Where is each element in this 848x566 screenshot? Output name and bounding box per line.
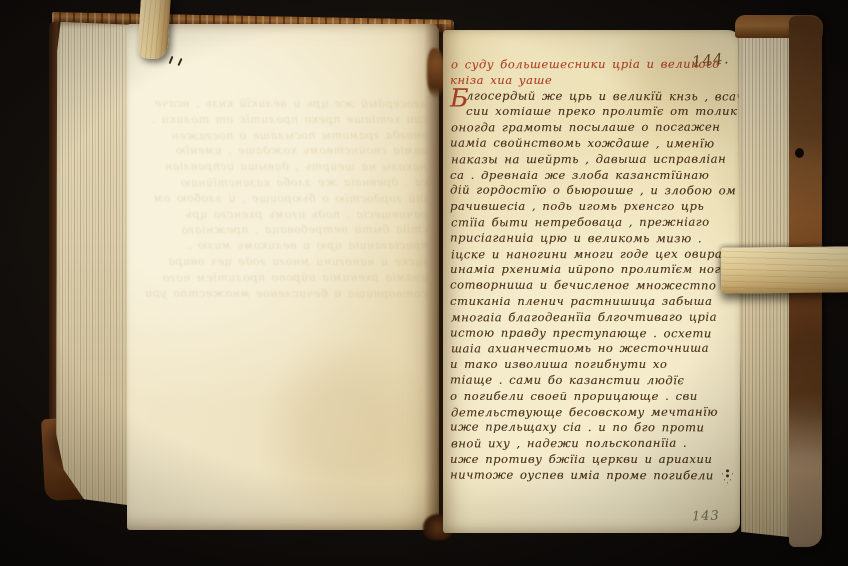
left-fore-edge-pages — [56, 22, 134, 506]
body-line: іцске и наногини многи годе цех овира — [451, 246, 743, 263]
body-line: иже прельщаху сіа . и по бго проти — [450, 420, 742, 437]
body-line-text: ничтоже оуспев иміа проме погибели — [450, 467, 714, 482]
manuscript-text-block: о суду большешесники цріа и великого кні… — [450, 57, 742, 485]
ink-bleedthrough-text: лгосердый же црь и великїй кнзь , всаче … — [152, 96, 428, 301]
body-line: иже противу бжїіа церкви и ариахии — [450, 452, 742, 468]
body-line: о погибели своей прорицающе . сви — [450, 389, 742, 405]
body-line: оногда грамоты посылаше о посгажен — [451, 120, 743, 137]
body-line: детельствующе бесовскому мечтанїю — [451, 404, 743, 421]
body-line: истою правду преступающе . осхети — [450, 325, 742, 342]
wooden-stick-right — [721, 246, 848, 293]
bleed-line: иаміа свойнствомь хождаше , именїю — [152, 143, 428, 159]
bleed-line: наказы на шейрть , давыша исправліан — [151, 159, 427, 176]
body-line: шаіа ахианчестиомь но жесточниша — [451, 341, 743, 358]
bleed-line: іцске и наногини многи годе цех овира — [151, 254, 427, 271]
bleed-line: са . древнаіа же злоба казанстїйнаю — [152, 175, 428, 192]
body-line-text: лгосердый же црь и великїй кнзь , всаче — [466, 88, 752, 103]
body-line: стиканіа пленич растнишица забыша — [450, 294, 742, 310]
body-line: вной иху , надежи польскопанїіа . — [451, 436, 743, 453]
bleed-line: лгосердый же црь и великїй кнзь , всаче — [151, 96, 427, 113]
end-flourish-ornament-icon — [719, 468, 734, 485]
bleed-line: рачившесіа , подь игомь рхенсго црь — [152, 207, 428, 223]
body-line: рачившесіа , подь игомь рхенсго црь — [450, 199, 742, 215]
body-line: сии хотіаше преко пролитїє от толики . — [450, 104, 742, 120]
heading-line: кніза хиа уаше — [450, 73, 742, 89]
body-line: сотворниша и бечисленое множестпо ури — [450, 278, 742, 295]
body-line: многаіа благодеанїіа блгочтиваго цріа — [451, 309, 743, 326]
body-line: присіаганиіа црю и великомь мизю . — [450, 230, 742, 247]
body-line-text: сии хотіаше преко пролитїє от толики . — [466, 104, 756, 118]
wooden-stick-top — [137, 0, 171, 60]
body-line: иаміа свойнствомь хождаше , именїю — [450, 136, 742, 153]
bleed-line: дій гордостїю о бьюроише , и злобою ом — [151, 190, 427, 207]
body-line: стїіа быти нетребоваца , прежніаго — [451, 215, 743, 232]
bleed-line: сии хотіаше преко пролитїє от толики . — [152, 112, 428, 128]
bleed-line: сотворниша и бечисленое множестпо ури — [151, 285, 427, 302]
bleed-line: инаміа рхениміа ийропо пролитїєм ного — [152, 269, 428, 286]
body-line: и тако изволиша погибнути хо — [450, 357, 742, 373]
bleed-line: стїіа быти нетребоваца , прежніаго — [152, 222, 428, 239]
body-line: дій гордостїю о бьюроише , и злобою ом — [450, 183, 742, 200]
body-line: инаміа рхениміа ийропо пролитїєм ного — [450, 262, 742, 278]
body-line: Блгосердый же црь и великїй кнзь , всаче — [450, 88, 742, 105]
folio-number-pencil: 143 — [692, 509, 720, 525]
bleed-line: присіаганиіа црю и великомь мизю . — [152, 238, 428, 254]
body-line: тіаще . сами бо казанстии людїє — [450, 372, 742, 389]
wormhole-in-leather — [795, 148, 804, 158]
bleed-line: оногда грамоты посылаше о посгажен — [152, 127, 428, 144]
body-line: ничтоже оуспев иміа проме погибели — [450, 467, 742, 485]
body-line: наказы на шейрть , давыша исправліан — [451, 151, 743, 168]
body-line: са . древнаіа же злоба казанстїйнаю — [450, 168, 742, 184]
